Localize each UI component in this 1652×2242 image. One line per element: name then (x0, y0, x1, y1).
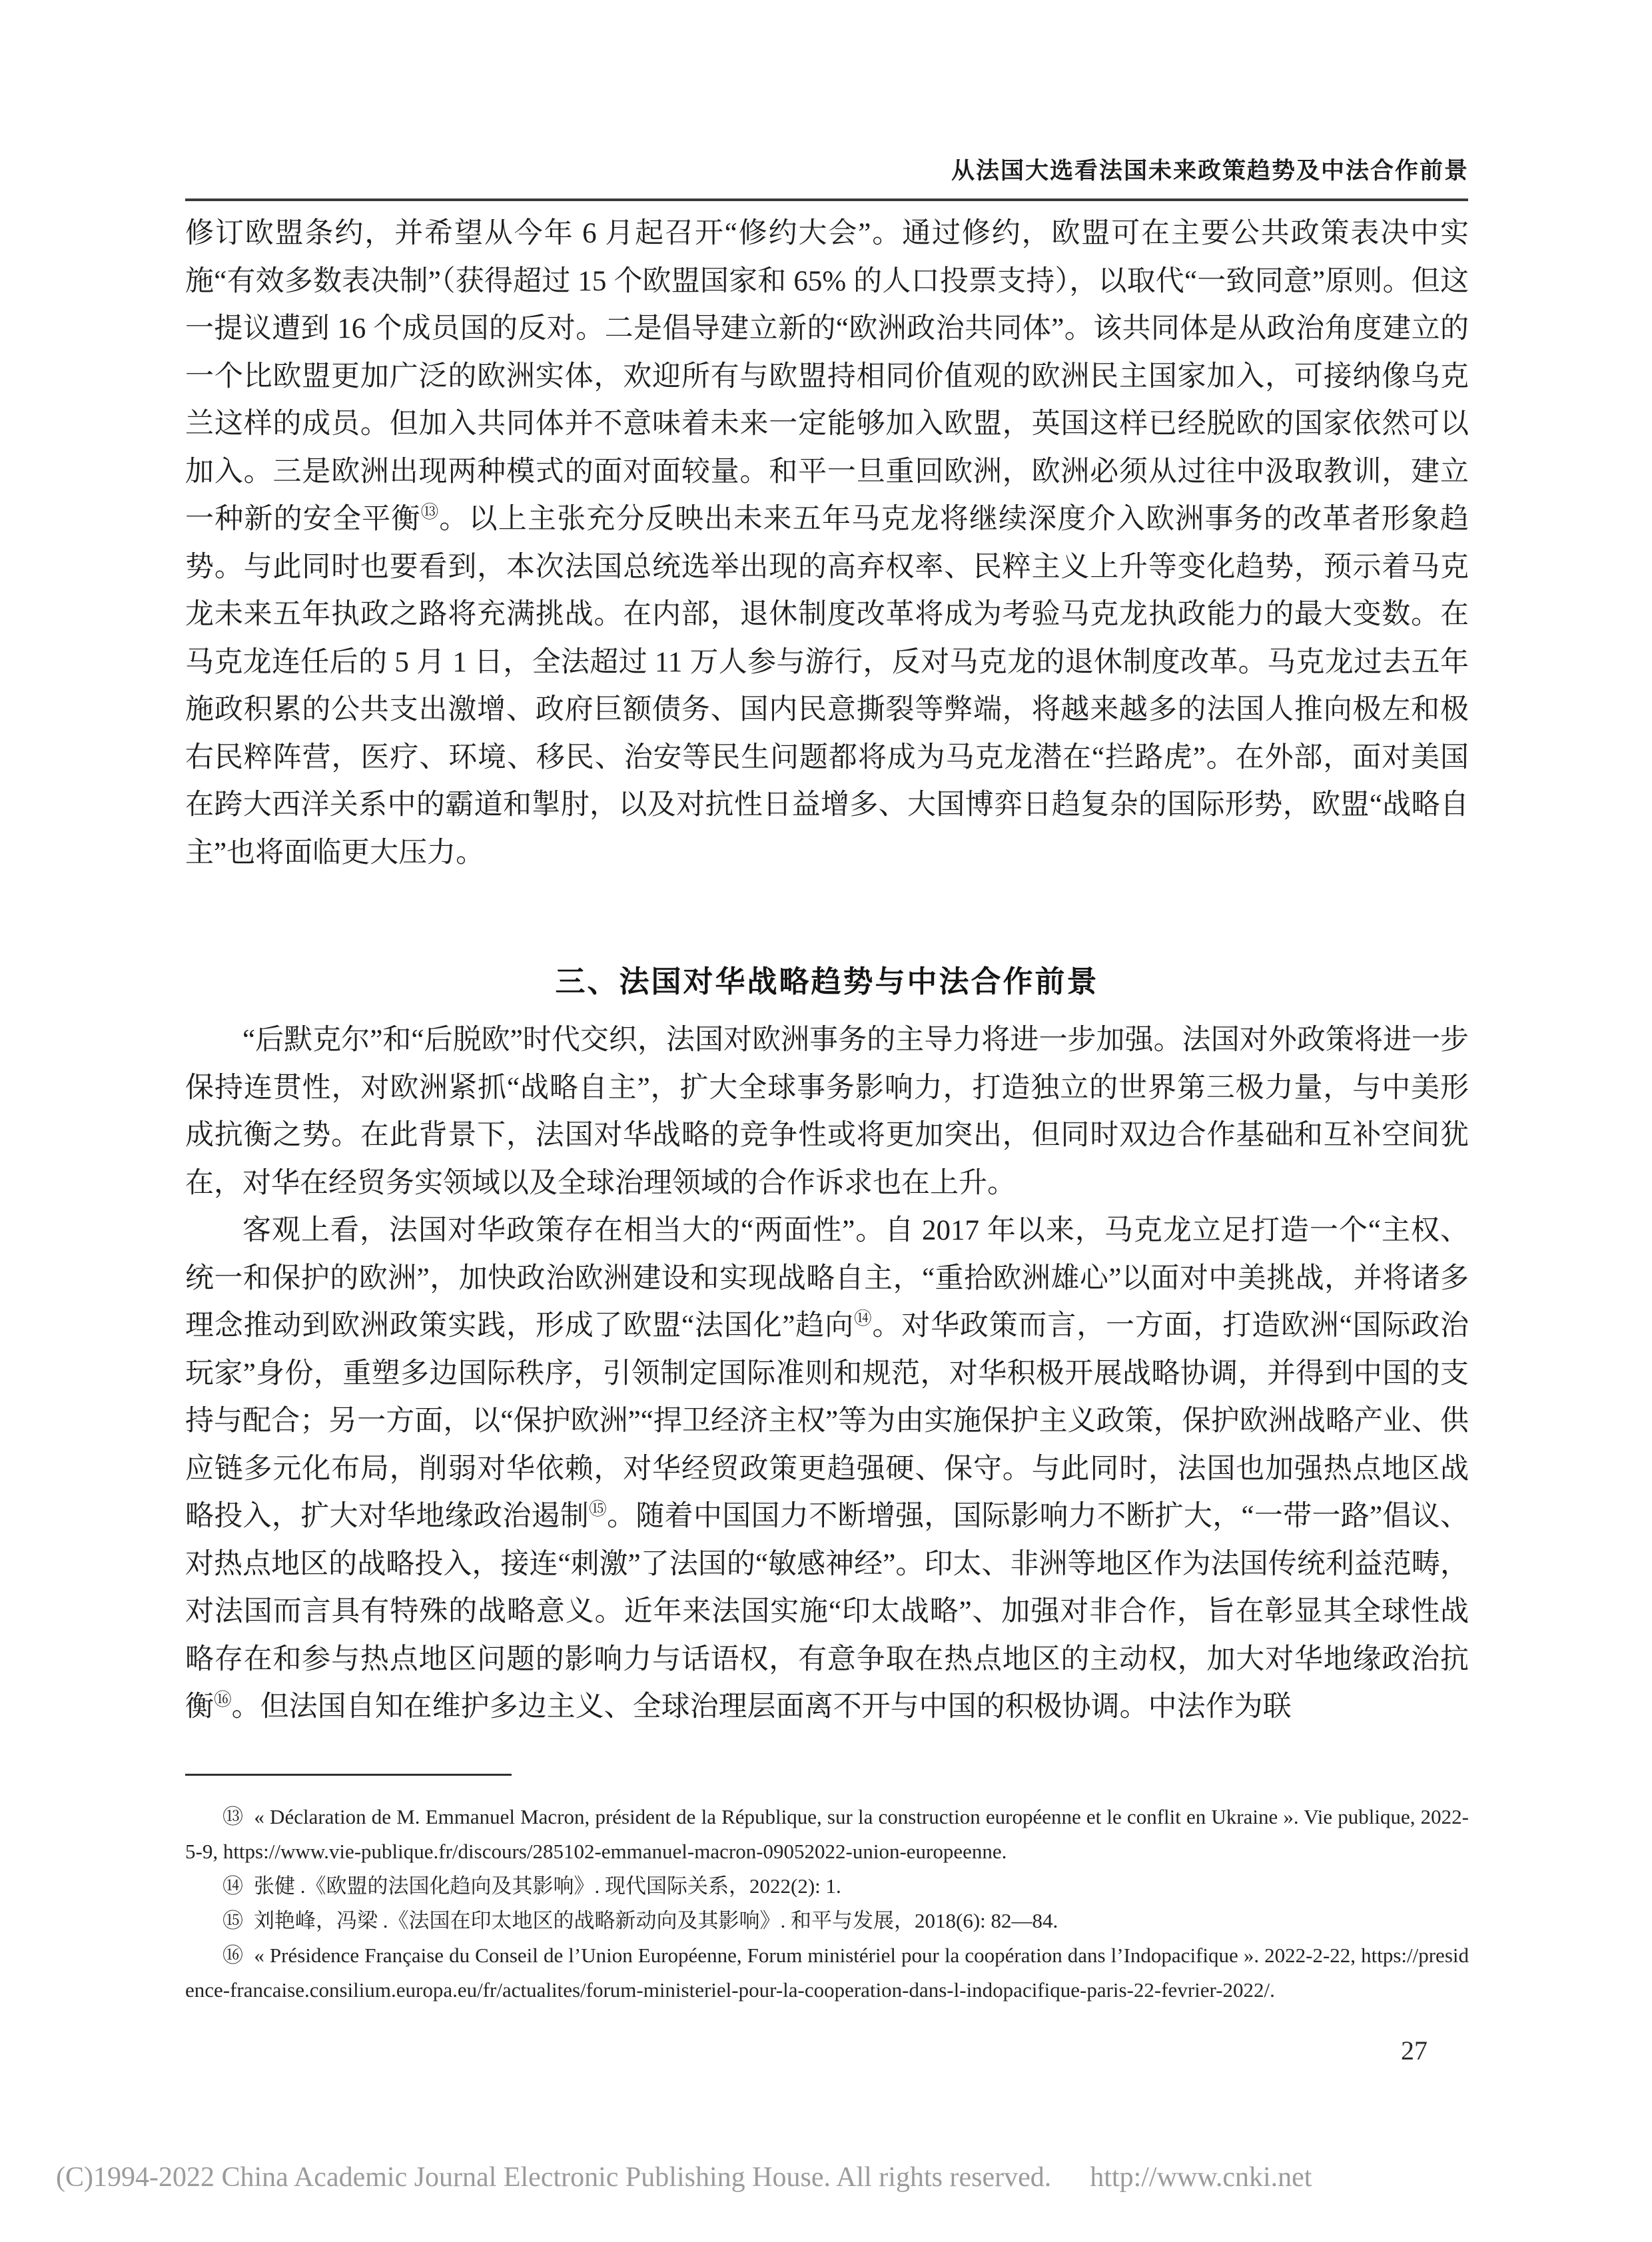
footnote-text: 刘艳峰，冯梁 .《法国在印太地区的战略新动向及其影响》. 和平与发展，2018(… (254, 1909, 1058, 1932)
footnotes: ⑬« Déclaration de M. Emmanuel Macron, pr… (185, 1800, 1469, 2008)
footnote-marker: ⑯ (222, 1944, 243, 1967)
footer-url: http://www.cnki.net (1090, 2161, 1312, 2194)
paragraph: “后默克尔”和“后脱欧”时代交织，法国对欧洲事务的主导力将进一步加强。法国对外政… (185, 1016, 1469, 1207)
footnote-separator (185, 1774, 512, 1776)
page-number: 27 (1401, 2036, 1428, 2066)
footer-copyright: (C)1994-2022 China Academic Journal Elec… (56, 2161, 1051, 2194)
section-heading: 三、法国对华战略趋势与中法合作前景 (185, 960, 1469, 1003)
footnote-text: « Déclaration de M. Emmanuel Macron, pré… (185, 1805, 1469, 1863)
footnote-marker: ⑬ (222, 1805, 243, 1828)
footnote: ⑯« Présidence Française du Conseil de l’… (185, 1938, 1469, 2008)
document-page: 从法国大选看法国未来政策趋势及中法合作前景 修订欧盟条约，并希望从今年 6 月起… (0, 0, 1652, 2242)
footnote: ⑬« Déclaration de M. Emmanuel Macron, pr… (185, 1800, 1469, 1869)
footnote: ⑮刘艳峰，冯梁 .《法国在印太地区的战略新动向及其影响》. 和平与发展，2018… (185, 1904, 1469, 1938)
article-content: 修订欧盟条约，并希望从今年 6 月起召开“修约大会”。通过修约，欧盟可在主要公共… (185, 210, 1469, 2008)
footnote: ⑭张健 .《欧盟的法国化趋向及其影响》. 现代国际关系，2022(2): 1. (185, 1869, 1469, 1904)
footnote-text: 张健 .《欧盟的法国化趋向及其影响》. 现代国际关系，2022(2): 1. (254, 1874, 841, 1898)
footnote-marker: ⑭ (222, 1874, 243, 1898)
header-rule (185, 198, 1468, 201)
footnote-text: « Présidence Française du Conseil de l’U… (185, 1944, 1469, 2002)
paragraph-continuation: 修订欧盟条约，并希望从今年 6 月起召开“修约大会”。通过修约，欧盟可在主要公共… (185, 210, 1469, 877)
paragraph: 客观上看，法国对华政策存在相当大的“两面性”。自 2017 年以来，马克龙立足打… (185, 1207, 1469, 1731)
scan-footer: (C)1994-2022 China Academic Journal Elec… (56, 2161, 1461, 2194)
running-head: 从法国大选看法国未来政策趋势及中法合作前景 (951, 157, 1469, 185)
footnote-marker: ⑮ (222, 1909, 243, 1932)
